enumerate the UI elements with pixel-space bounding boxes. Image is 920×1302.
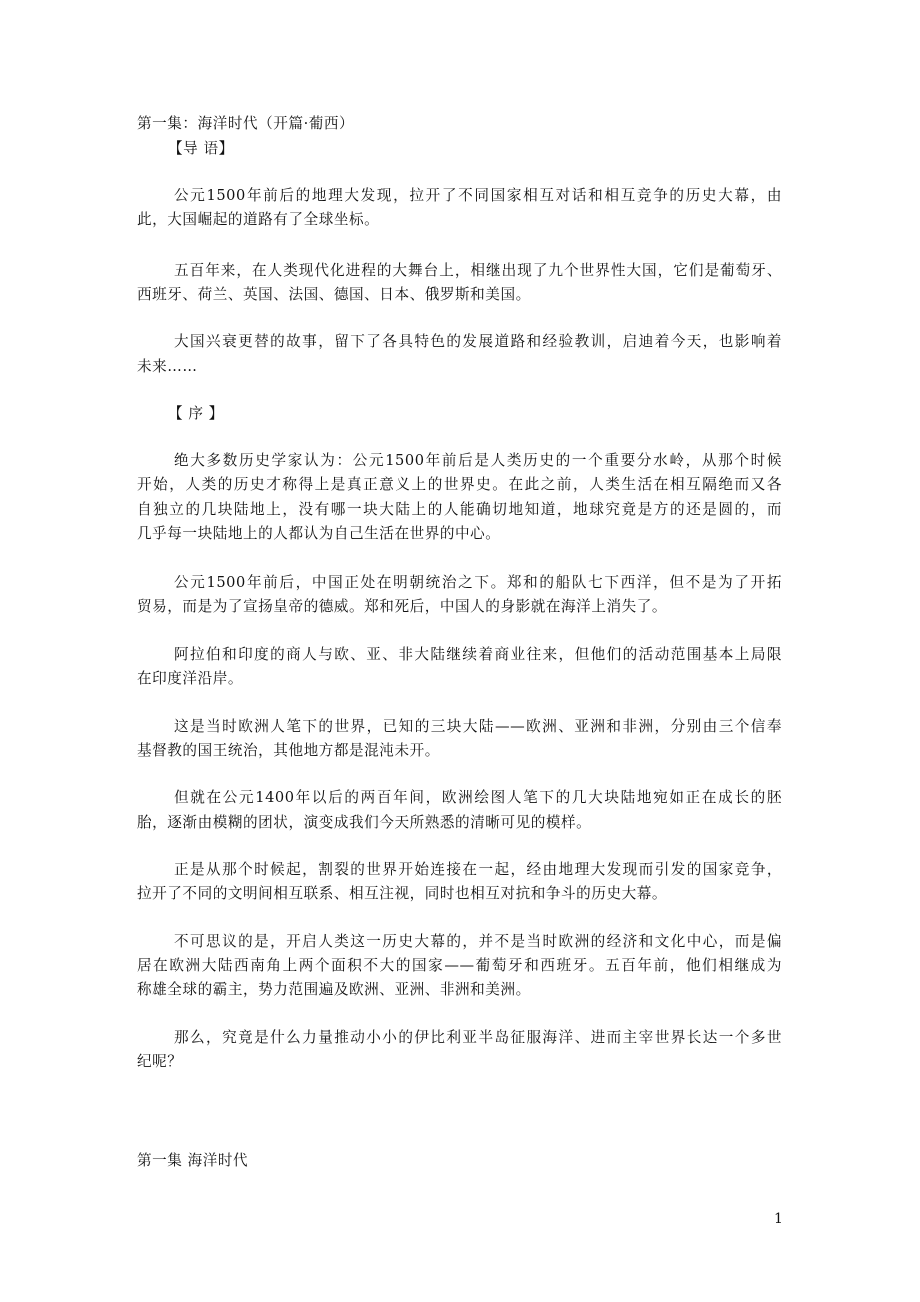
paragraph-line: 几乎每一块陆地上的人都认为自己生活在世界的中心。 [137, 524, 782, 544]
paragraph-line: 阿拉伯和印度的商人与欧、亚、非大陆继续着商业往来，但他们的活动范围基本上局限 [174, 645, 782, 665]
paragraph-line: 这是当时欧洲人笔下的世界，已知的三块大陆——欧洲、亚洲和非洲，分别由三个信奉 [174, 717, 782, 737]
paragraph-line: 胎，逐渐由模糊的团状，演变成我们今天所熟悉的清晰可见的模样。 [137, 813, 782, 833]
paragraph-line: 在印度洋沿岸。 [137, 669, 782, 689]
document-title: 第一集：海洋时代（开篇·葡西） [137, 114, 782, 134]
paragraph-line: 纪呢？ [137, 1052, 782, 1072]
paragraph-line: 但就在公元1400年以后的两百年间，欧洲绘图人笔下的几大块陆地宛如正在成长的胚 [174, 788, 782, 808]
paragraph-line: 绝大多数历史学家认为：公元1500年前后是人类历史的一个重要分水岭，从那个时候 [174, 451, 782, 471]
paragraph-line: 未来…… [137, 357, 782, 377]
section-heading-preface: 【 序 】 [168, 404, 813, 424]
paragraph-line: 正是从那个时候起，割裂的世界开始连接在一起，经由地理大发现而引发的国家竞争， [174, 860, 782, 880]
page-number: 1 [774, 1209, 783, 1229]
paragraph-line: 大国兴衰更替的故事，留下了各具特色的发展道路和经验教训，启迪着今天，也影响着 [174, 332, 782, 352]
document-page: 第一集：海洋时代（开篇·葡西） 【导 语】 公元1500年前后的地理大发现，拉开… [0, 0, 920, 1302]
paragraph-line: 公元1500年前后，中国正处在明朝统治之下。郑和的船队七下西洋，但不是为了开拓 [174, 573, 782, 593]
paragraph-line: 居在欧洲大陆西南角上两个面积不大的国家——葡萄牙和西班牙。五百年前，他们相继成为 [137, 956, 782, 976]
paragraph-line: 自独立的几块陆地上，没有哪一块大陆上的人能确切地知道，地球究竟是方的还是圆的，而 [137, 500, 782, 520]
paragraph-line: 贸易，而是为了宣扬皇帝的德威。郑和死后，中国人的身影就在海洋上消失了。 [137, 597, 782, 617]
paragraph-line: 拉开了不同的文明间相互联系、相互注视，同时也相互对抗和争斗的历史大幕。 [137, 884, 782, 904]
paragraph-line: 公元1500年前后的地理大发现，拉开了不同国家相互对话和相互竞争的历史大幕，由 [174, 186, 782, 206]
paragraph-line: 此，大国崛起的道路有了全球坐标。 [137, 210, 782, 230]
section-heading-intro: 【导 语】 [168, 139, 813, 159]
paragraph-line: 五百年来，在人类现代化进程的大舞台上，相继出现了九个世界性大国，它们是葡萄牙、 [174, 261, 782, 281]
paragraph-line: 开始，人类的历史才称得上是真正意义上的世界史。在此之前，人类生活在相互隔绝而又各 [137, 475, 782, 495]
paragraph-line: 不可思议的是，开启人类这一历史大幕的，并不是当时欧洲的经济和文化中心，而是偏 [174, 932, 782, 952]
paragraph-line: 称雄全球的霸主，势力范围遍及欧洲、亚洲、非洲和美洲。 [137, 980, 782, 1000]
paragraph-line: 西班牙、荷兰、英国、法国、德国、日本、俄罗斯和美国。 [137, 285, 782, 305]
paragraph-line: 那么，究竟是什么力量推动小小的伊比利亚半岛征服海洋、进而主宰世界长达一个多世 [174, 1028, 782, 1048]
paragraph-line: 基督教的国王统治，其他地方都是混沌未开。 [137, 741, 782, 761]
next-chapter-heading: 第一集 海洋时代 [137, 1151, 782, 1171]
